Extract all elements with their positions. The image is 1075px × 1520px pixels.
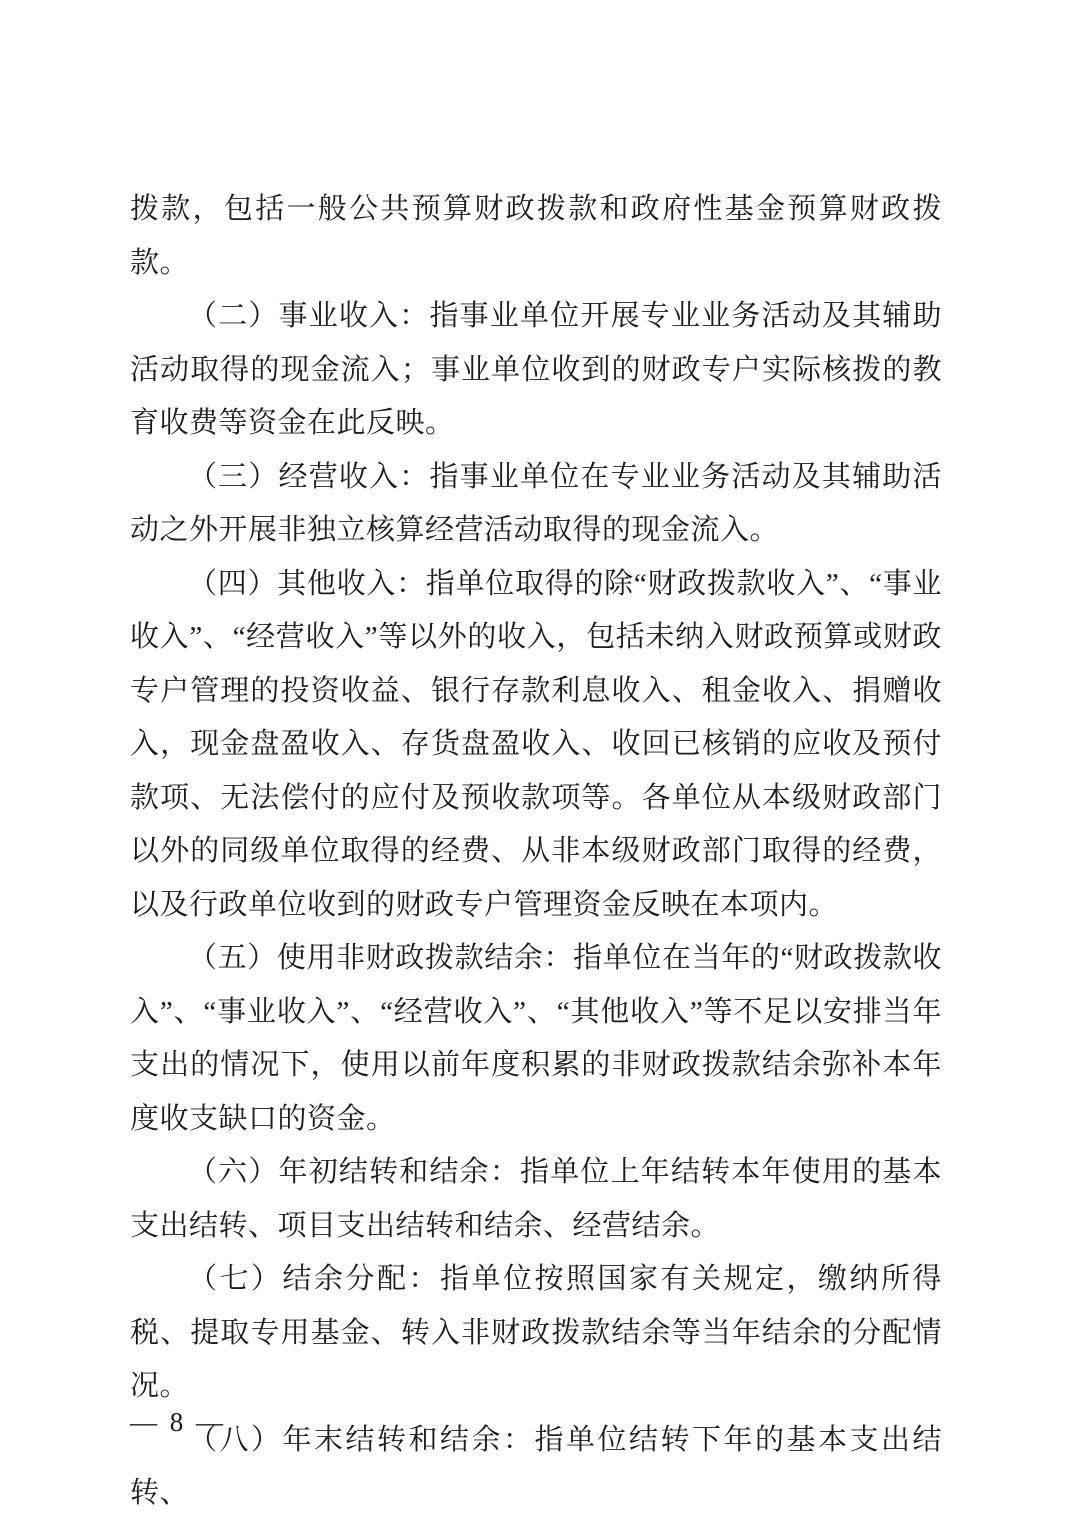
page-number: — 8 — [130, 1402, 226, 1442]
paragraph: （七）结余分配：指单位按照国家有关规定，缴纳所得税、提取专用基金、转入非财政拨款… [130, 1253, 942, 1414]
paragraph: （四）其他收入：指单位取得的除“财政拨款收入”、“事业收入”、“经营收入”等以外… [130, 558, 942, 933]
paragraph: （二）事业收入：指事业单位开展专业业务活动及其辅助活动取得的现金流入；事业单位收… [130, 290, 942, 451]
paragraph: （五）使用非财政拨款结余：指单位在当年的“财政拨款收入”、“事业收入”、“经营收… [130, 932, 942, 1146]
paragraph: 拨款，包括一般公共预算财政拨款和政府性基金预算财政拨款。 [130, 183, 942, 290]
document-page: 拨款，包括一般公共预算财政拨款和政府性基金预算财政拨款。（二）事业收入：指事业单… [0, 0, 1075, 1520]
paragraph: （六）年初结转和结余：指单位上年结转本年使用的基本支出结转、项目支出结转和结余、… [130, 1146, 942, 1253]
document-body: 拨款，包括一般公共预算财政拨款和政府性基金预算财政拨款。（二）事业收入：指事业单… [130, 183, 942, 1520]
paragraph: （三）经营收入：指事业单位在专业业务活动及其辅助活动之外开展非独立核算经营活动取… [130, 451, 942, 558]
paragraph: （八）年末结转和结余：指单位结转下年的基本支出结转、 [130, 1414, 942, 1520]
